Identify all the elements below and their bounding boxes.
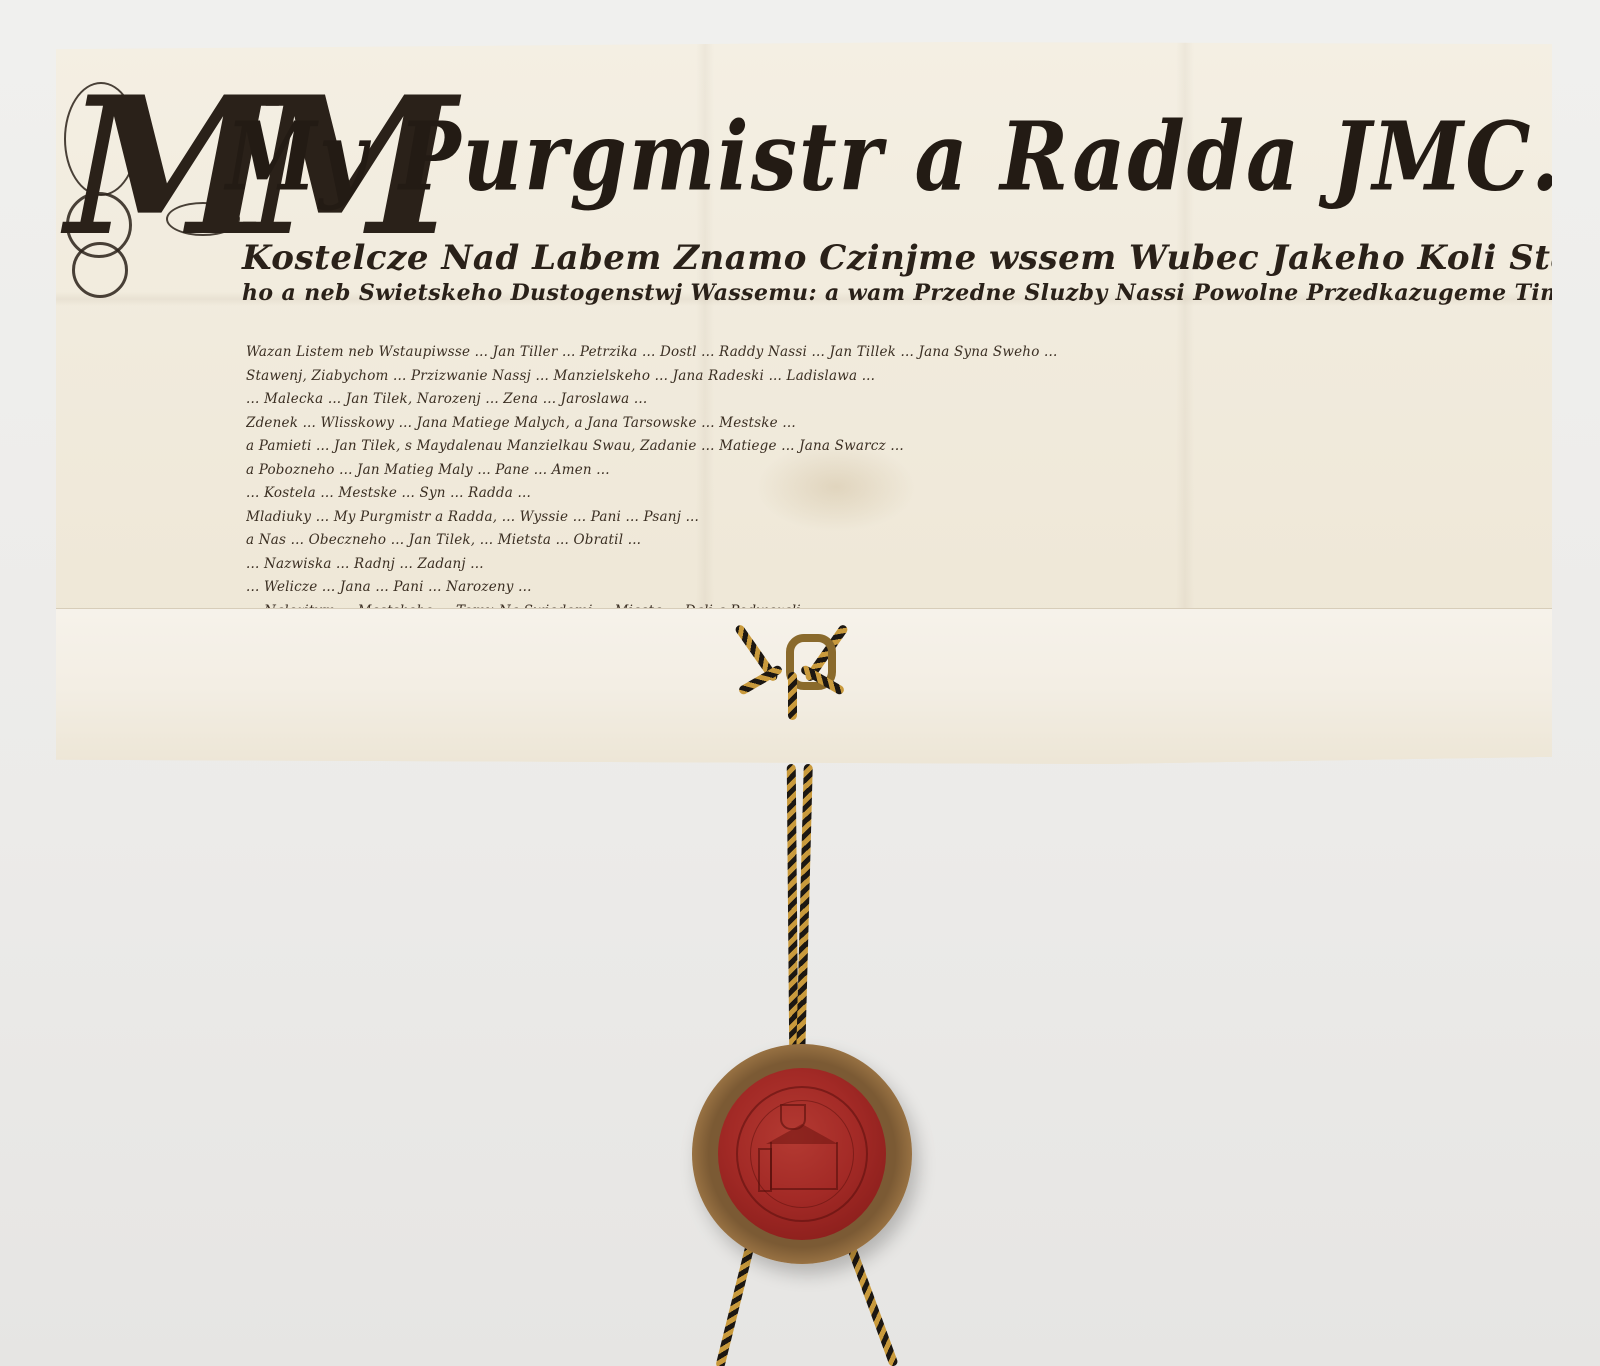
body-line: ... Kostela ... Mestske ... Syn ... Radd… <box>246 482 1536 506</box>
charter-line-2: ho a neb Swietskeho Dustogenstwj Wassemu… <box>242 280 1600 306</box>
charter-heading: My Purgmistr a Radda JMC. Miesta <box>226 102 1546 212</box>
charter-line-1: Kostelcze Nad Labem Znamo Czinjme wssem … <box>242 238 1600 278</box>
seal-cord <box>796 764 813 1054</box>
body-line: ... Malecka ... Jan Tilek, Narozenj ... … <box>246 388 1536 412</box>
body-line: Zdenek ... Wlisskowy ... Jana Matiege Ma… <box>246 412 1536 436</box>
seal-cord <box>842 1233 898 1366</box>
roof-icon <box>766 1124 838 1144</box>
body-line: Stawenj, Ziabychom ... Przizwanie Nassj … <box>246 365 1536 389</box>
charter-body: Wazan Listem neb Wstaupiwsse ... Jan Til… <box>246 341 1536 647</box>
body-line: a Nas ... Obeczneho ... Jan Tilek, ... M… <box>246 529 1536 553</box>
body-line: Wazan Listem neb Wstaupiwsse ... Jan Til… <box>246 341 1536 365</box>
body-line: ... Nazwiska ... Radnj ... Zadanj ... <box>246 553 1536 577</box>
body-line: ... Welicze ... Jana ... Pani ... Naroze… <box>246 576 1536 600</box>
red-wax-seal <box>718 1068 886 1240</box>
body-line: a Pamieti ... Jan Tilek, s Maydalenau Ma… <box>246 435 1536 459</box>
tower-icon <box>758 1148 772 1192</box>
building-icon <box>770 1142 838 1190</box>
cord-knot <box>738 620 848 720</box>
body-line: a Pobozneho ... Jan Matieg Maly ... Pane… <box>246 459 1536 483</box>
wax-seal-capsule <box>692 1044 912 1264</box>
body-line: Mladiuky ... My Purgmistr a Radda, ... W… <box>246 506 1536 530</box>
